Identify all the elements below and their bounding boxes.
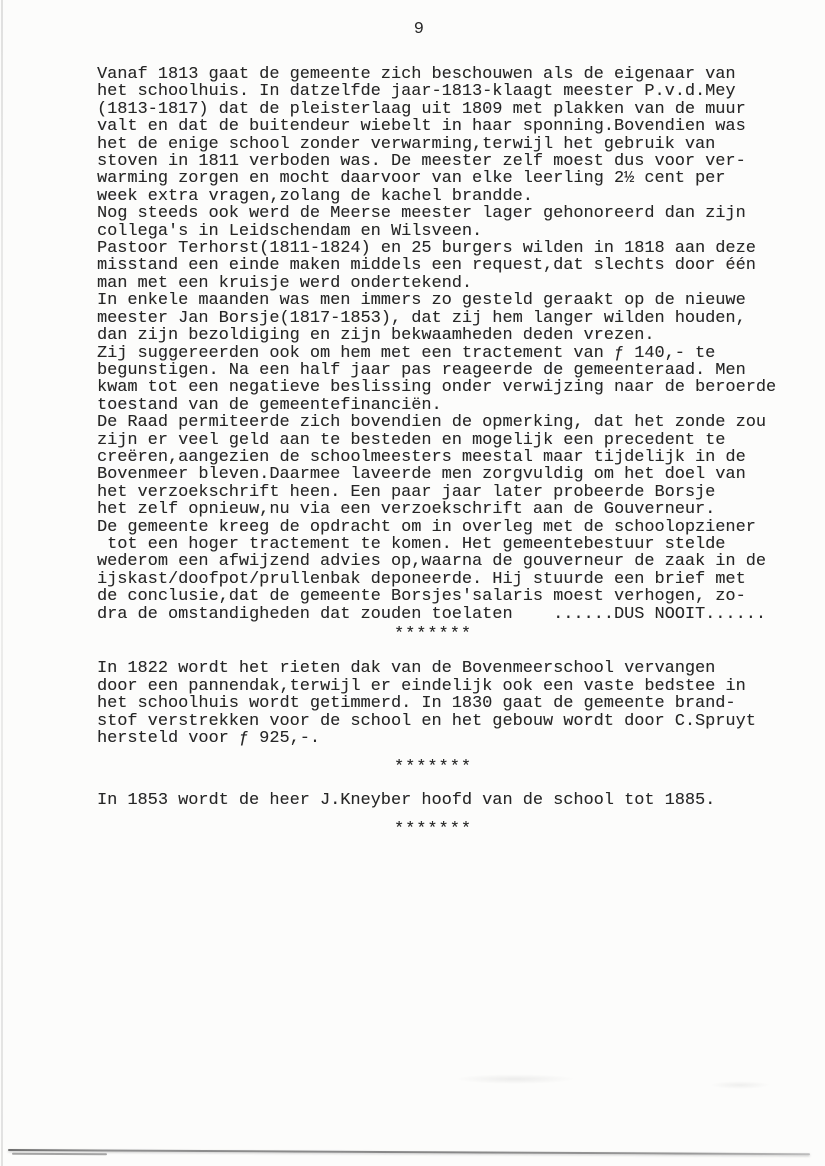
separator-asterisks: ******* [97, 759, 787, 776]
scan-smudge-artifact [710, 1081, 770, 1089]
text-line: man met een kruisje werd ondertekend. [97, 275, 787, 292]
text-line: het de enige school zonder verwarming,te… [97, 136, 787, 153]
text-line: de conclusie,dat de gemeente Borsjes'sal… [97, 588, 787, 605]
text-line: het schoolhuis wordt getimmerd. In 1830 … [97, 695, 787, 712]
text-line: het verzoekschrift heen. Een paar jaar l… [97, 484, 787, 501]
scanned-document-page: 9 Vanaf 1813 gaat de gemeente zich besch… [0, 0, 825, 1166]
document-body: Vanaf 1813 gaat de gemeente zich beschou… [97, 66, 787, 854]
text-line: collega's in Leidschendam en Wilsveen. [97, 223, 787, 240]
paragraph: Vanaf 1813 gaat de gemeente zich beschou… [97, 66, 787, 623]
text-line: In 1822 wordt het rieten dak van de Bove… [97, 660, 787, 677]
text-line: stof verstrekken voor de school en het g… [97, 713, 787, 730]
text-line: Nog steeds ook werd de Meerse meester la… [97, 205, 787, 222]
separator-asterisks: ******* [97, 626, 787, 643]
text-line: hersteld voor ƒ 925,-. [97, 730, 787, 747]
text-line: meester Jan Borsje(1817-1853), dat zij h… [97, 310, 787, 327]
text-line: (1813-1817) dat de pleisterlaag uit 1809… [97, 101, 787, 118]
scan-bottom-line-artifact [12, 1153, 107, 1155]
paragraph: In 1853 wordt de heer J.Kneyber hoofd va… [97, 792, 787, 809]
scan-smudge-artifact [455, 1074, 575, 1084]
text-line: stoven in 1811 verboden was. De meester … [97, 153, 787, 170]
text-line: Vanaf 1813 gaat de gemeente zich beschou… [97, 66, 787, 83]
text-line: toestand van de gemeentefinanciën. [97, 397, 787, 414]
text-line: wederom een afwijzend advies op,waarna d… [97, 553, 787, 570]
text-line: zijn er veel geld aan te besteden en mog… [97, 432, 787, 449]
paragraph: In 1822 wordt het rieten dak van de Bove… [97, 660, 787, 747]
text-line: warming zorgen en mocht daarvoor van elk… [97, 170, 787, 187]
text-line: Zij suggereerden ook om hem met een trac… [97, 345, 787, 362]
text-line: creëren,aangezien de schoolmeesters mees… [97, 449, 787, 466]
scan-left-edge-artifact [1, 0, 3, 1166]
separator-asterisks: ******* [97, 821, 787, 838]
text-line: het schoolhuis. In datzelfde jaar-1813-k… [97, 83, 787, 100]
text-line: In enkele maanden was men immers zo gest… [97, 292, 787, 309]
text-line: valt en dat de buitendeur wiebelt in haa… [97, 118, 787, 135]
text-line: Bovenmeer bleven.Daarmee laveerde men zo… [97, 466, 787, 483]
text-line: dra de omstandigheden dat zouden toelate… [97, 606, 787, 623]
text-line: De gemeente kreeg de opdracht om in over… [97, 519, 787, 536]
text-line: In 1853 wordt de heer J.Kneyber hoofd va… [97, 792, 787, 809]
text-line: De Raad permiteerde zich bovendien de op… [97, 414, 787, 431]
text-line: tot een hoger tractement te komen. Het g… [97, 536, 787, 553]
text-line: door een pannendak,terwijl er eindelijk … [97, 678, 787, 695]
page-number: 9 [0, 20, 825, 39]
text-line: kwam tot een negatieve beslissing onder … [97, 379, 787, 396]
text-line: ijskast/doofpot/prullenbak deponeerde. H… [97, 571, 787, 588]
text-line: misstand een einde maken middels een req… [97, 257, 787, 274]
text-line: week extra vragen,zolang de kachel brand… [97, 188, 787, 205]
text-line: Pastoor Terhorst(1811-1824) en 25 burger… [97, 240, 787, 257]
text-line: begunstigen. Na een half jaar pas reagee… [97, 362, 787, 379]
text-line: dan zijn bezoldiging en zijn bekwaamhede… [97, 327, 787, 344]
text-line: het zelf opnieuw,nu via een verzoekschri… [97, 501, 787, 518]
scan-bottom-line-artifact [8, 1149, 810, 1155]
